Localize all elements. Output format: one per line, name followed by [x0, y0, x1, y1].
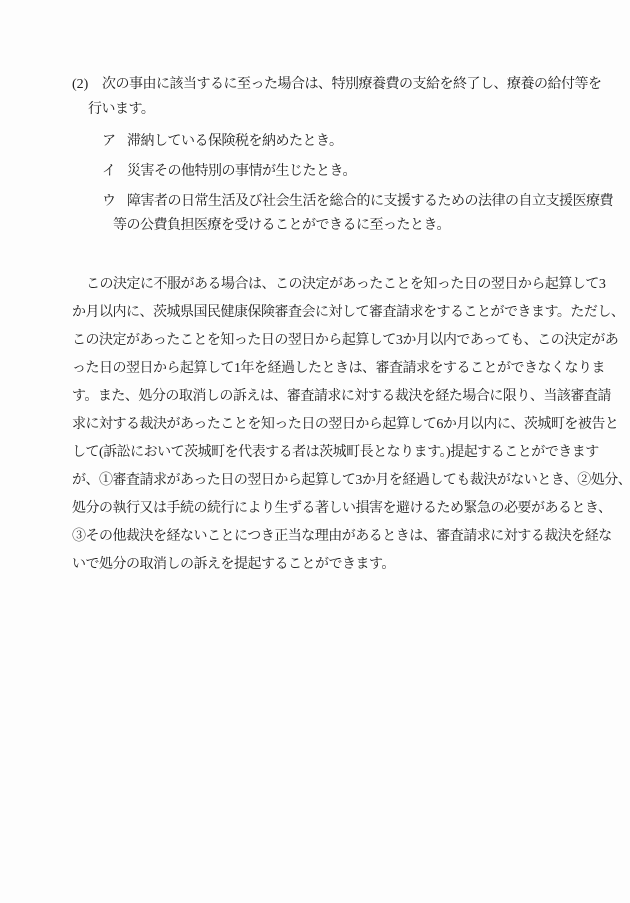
subitem-u-line-2: 等の公費負担医療を受けることができるに至ったとき。: [113, 214, 613, 238]
appeal-line: して(訴訟において茨城町を代表する者は茨城町長となります。)提起することができま…: [72, 439, 628, 467]
item-2-line-2: 行います。: [88, 97, 602, 122]
subitem-i: イ災害その他特別の事情が生じたとき。: [102, 160, 613, 184]
subitem-u-text: 障害者の日常生活及び社会生活を総合的に支援するための法律の自立支援医療費: [127, 194, 613, 209]
subitem-a: ア滞納している保険税を納めたとき。: [102, 130, 613, 154]
appeal-line: か月以内に、茨城県国民健康保険審査会に対して審査請求をすることができます。ただし…: [72, 299, 628, 327]
appeal-line: す。また、処分の取消しの訴えは、審査請求に対する裁決を経た場合に限り、当該審査請: [72, 383, 628, 411]
appeal-line: いで処分の取消しの訴えを提起することができます。: [72, 551, 628, 579]
appeal-line: 処分の執行又は手続の続行により生ずる著しい損害を避けるため緊急の必要があるとき、: [72, 495, 628, 523]
appeal-line: った日の翌日から起算して1年を経過したときは、審査請求をすることができなくなりま: [72, 355, 628, 383]
subitem-u-marker: ウ: [102, 190, 127, 214]
appeal-line: 求に対する裁決があったことを知った日の翌日から起算して6か月以内に、茨城町を被告…: [72, 411, 628, 439]
subitem-i-marker: イ: [102, 160, 127, 184]
subitem-i-line: イ災害その他特別の事情が生じたとき。: [102, 160, 613, 184]
appeal-line: が、①審査請求があった日の翌日から起算して3か月を経過しても裁決がないとき、②処…: [72, 467, 628, 495]
subitem-a-line: ア滞納している保険税を納めたとき。: [102, 130, 613, 154]
subitem-u-line-1: ウ障害者の日常生活及び社会生活を総合的に支援するための法律の自立支援医療費: [102, 190, 613, 214]
item-2-line-1: (2)次の事由に該当するに至った場合は、特別療養費の支給を終了し、療養の給付等を: [72, 72, 602, 97]
item-2-marker: (2): [72, 72, 102, 97]
appeal-line: この決定に不服がある場合は、この決定があったことを知った日の翌日から起算して3: [72, 271, 628, 299]
subitem-i-text: 災害その他特別の事情が生じたとき。: [127, 164, 356, 179]
item-2-text: 次の事由に該当するに至った場合は、特別療養費の支給を終了し、療養の給付等を: [102, 77, 602, 92]
appeal-line: この決定があったことを知った日の翌日から起算して3か月以内であっても、この決定が…: [72, 327, 628, 355]
appeal-line: ③その他裁決を経ないことにつき正当な理由があるときは、審査請求に対する裁決を経な: [72, 523, 628, 551]
subitem-a-text: 滞納している保険税を納めたとき。: [127, 134, 342, 149]
subitem-list: ア滞納している保険税を納めたとき。 イ災害その他特別の事情が生じたとき。 ウ障害…: [102, 130, 613, 244]
subitem-u: ウ障害者の日常生活及び社会生活を総合的に支援するための法律の自立支援医療費 等の…: [102, 190, 613, 238]
document-page: (2)次の事由に該当するに至った場合は、特別療養費の支給を終了し、療養の給付等を…: [0, 0, 630, 903]
subitem-a-marker: ア: [102, 130, 127, 154]
section-special-medical-fee-termination: (2)次の事由に該当するに至った場合は、特別療養費の支給を終了し、療養の給付等を…: [72, 72, 602, 122]
appeal-instructions-paragraph: この決定に不服がある場合は、この決定があったことを知った日の翌日から起算して3 …: [72, 271, 628, 579]
